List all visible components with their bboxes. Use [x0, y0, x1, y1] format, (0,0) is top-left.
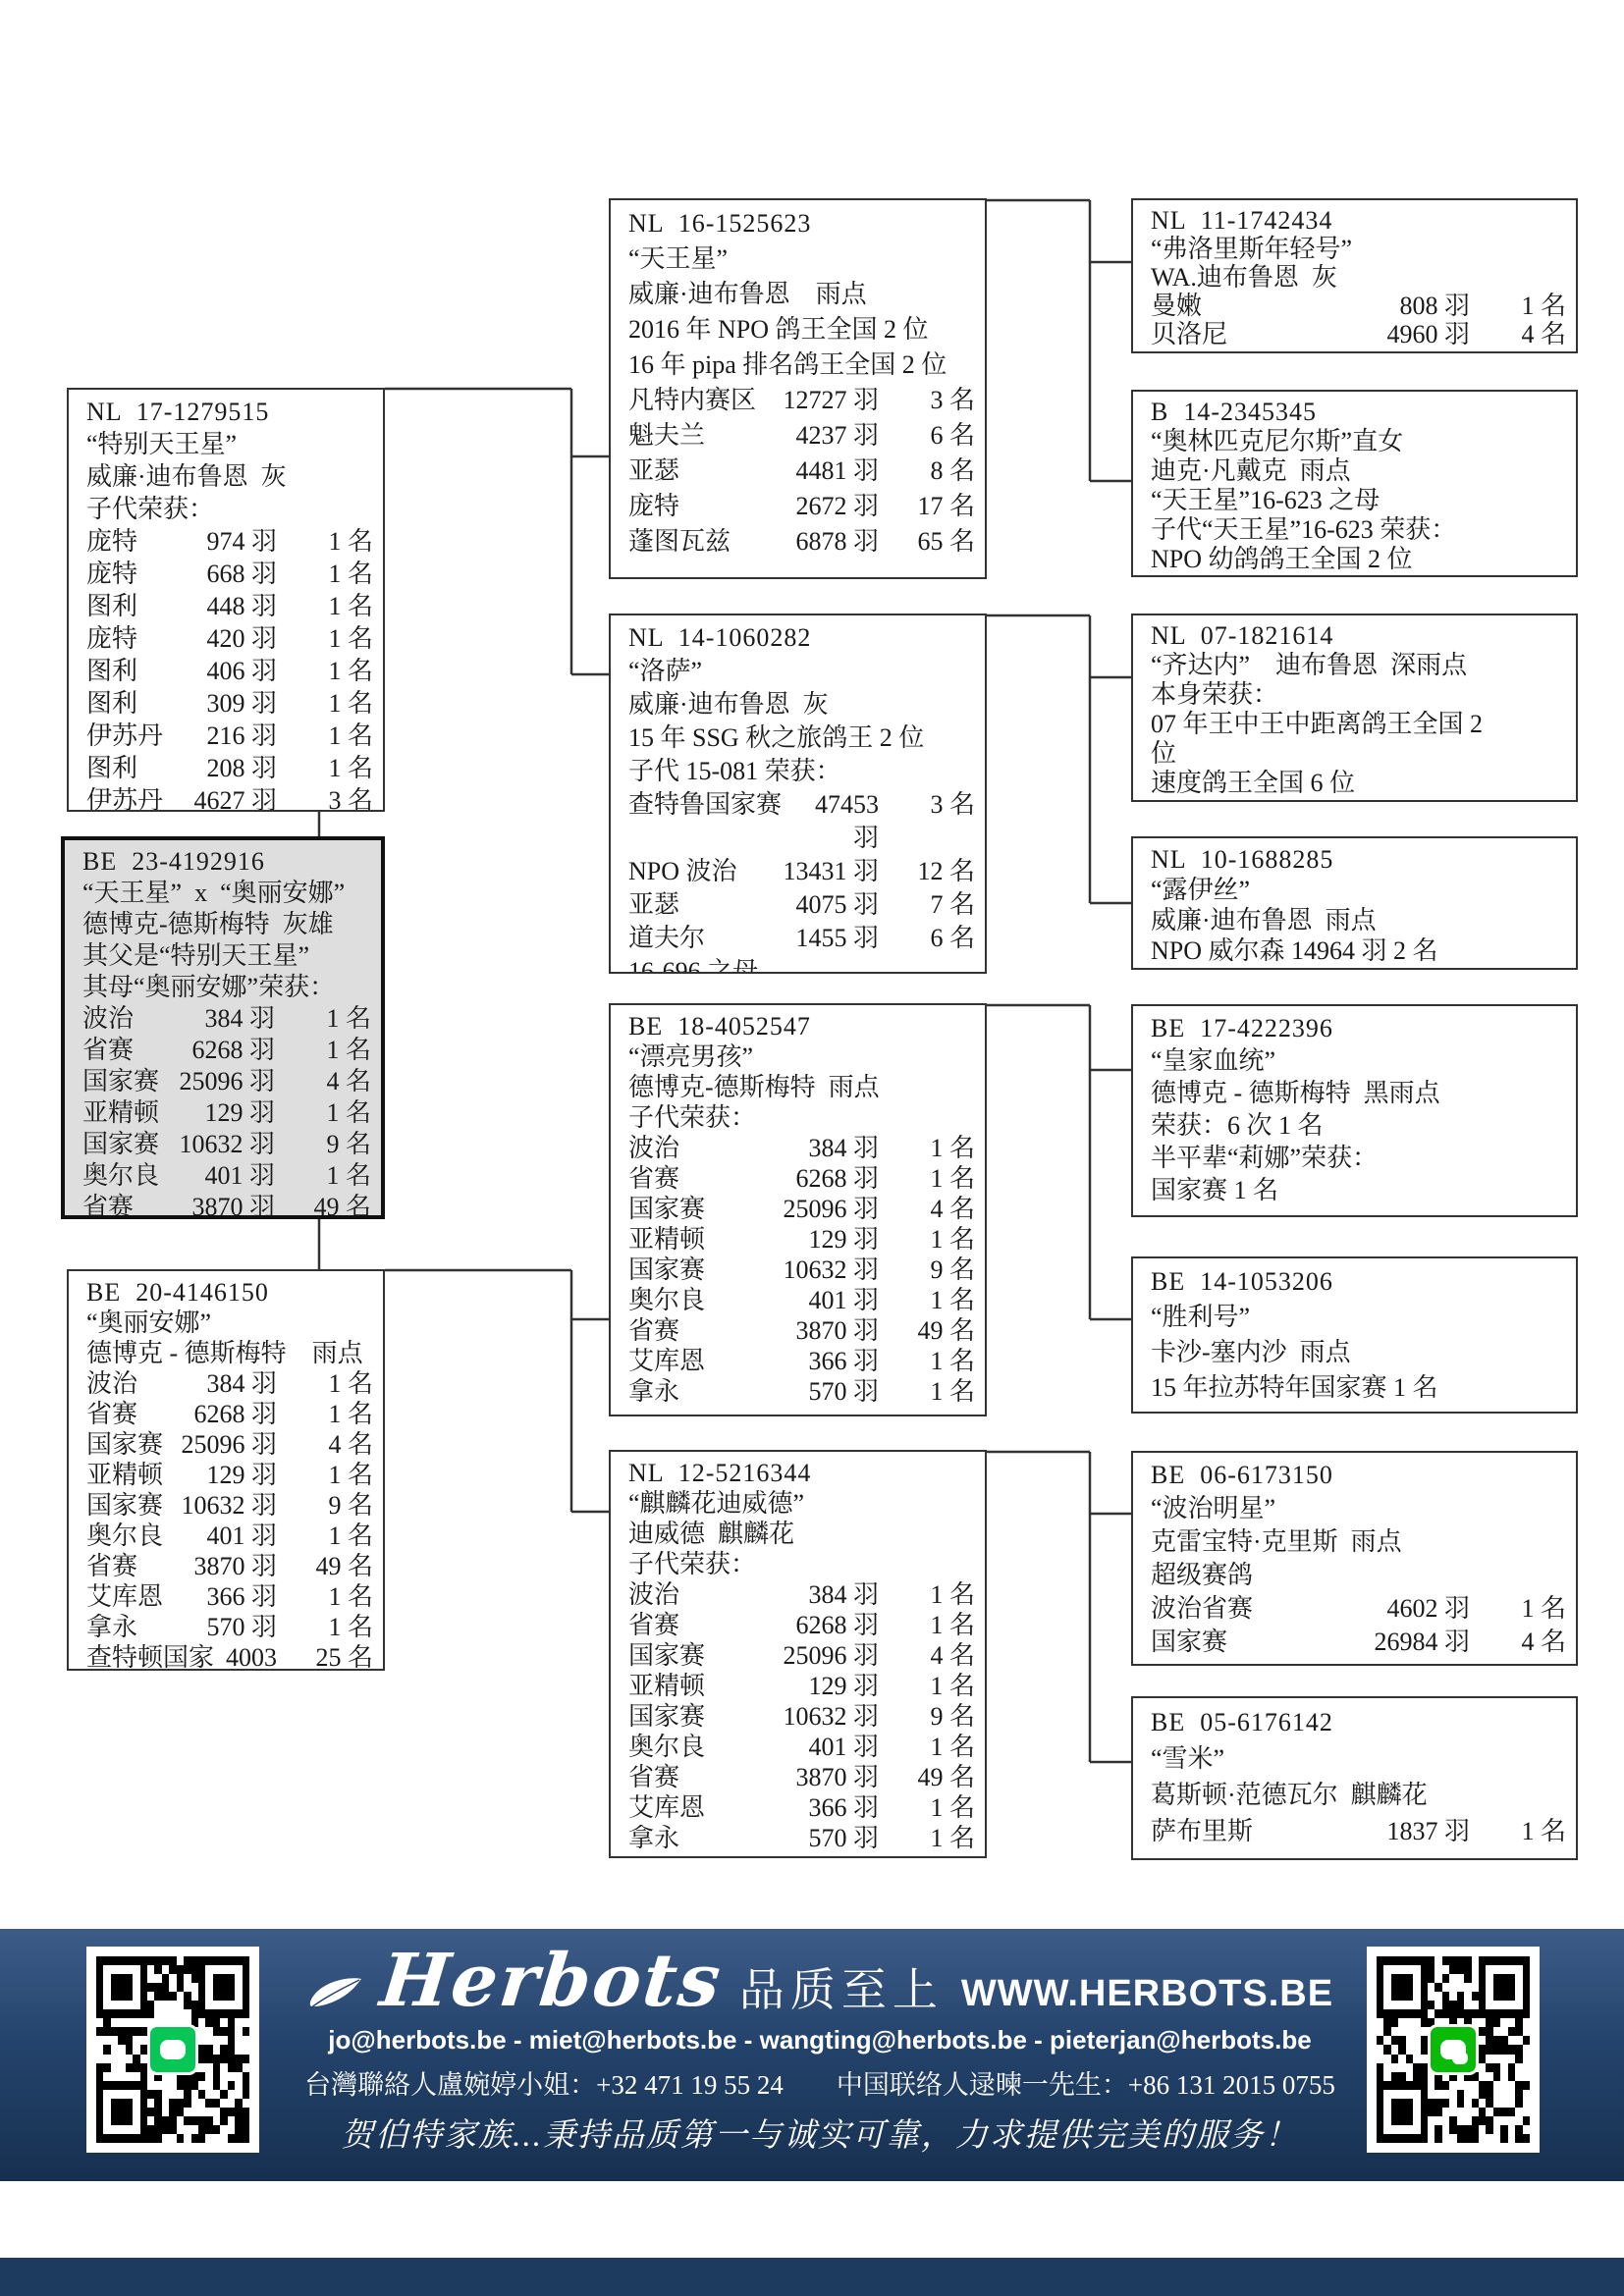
box-text-line: “天王星”: [628, 241, 975, 277]
result-row: NPO 波治13431 羽12 名: [628, 855, 975, 888]
result-row: 庞特420 羽1 名: [86, 622, 373, 655]
ring-number: BE 06-6173150: [1151, 1459, 1566, 1492]
box-text-line: 2016 年 NPO 鸽王全国 2 位: [628, 312, 975, 347]
pedigree-box-grandfather-paternal: NL 16-1525623“天王星”威廉·迪布鲁恩 雨点2016 年 NPO 鸽…: [609, 198, 987, 579]
box-text-line: 德博克-德斯梅特 雨点: [628, 1072, 975, 1102]
bottom-navy-bar: [0, 2258, 1624, 2296]
result-row: 庞特668 羽1 名: [86, 558, 373, 590]
box-text-line: 16 年 pipa 排名鸽王全国 2 位: [628, 347, 975, 383]
box-text-line: “洛萨”: [628, 655, 975, 688]
result-row: 查特鲁国家赛47453 羽3 名: [628, 788, 975, 855]
box-text-line: 子代“天王星”16-623 荣获：: [1151, 515, 1566, 545]
box-text-line: “漂亮男孩”: [628, 1041, 975, 1072]
pedigree-page: NL 17-1279515“特别天王星”威廉·迪布鲁恩 灰子代荣获：庞特974 …: [0, 0, 1624, 2296]
pedigree-box-greatgrandparent-6: BE 14-1053206“胜利号”卡沙-塞内沙 雨点15 年拉苏特年国家赛 1…: [1131, 1256, 1578, 1414]
ring-number: NL 07-1821614: [1151, 621, 1566, 651]
herbots-logo: Herbots: [376, 1939, 726, 2023]
result-row: 亚精顿129 羽1 名: [82, 1097, 371, 1129]
result-row: 国家赛25096 羽4 名: [628, 1194, 975, 1224]
result-row: 波治384 羽1 名: [628, 1133, 975, 1163]
pedigree-box-greatgrandparent-5: BE 17-4222396“皇家血统”德博克 - 德斯梅特 黑雨点荣获：6 次 …: [1131, 1004, 1578, 1217]
result-row: 国家赛26984 羽4 名: [1151, 1626, 1566, 1659]
result-row: 省赛6268 羽1 名: [628, 1610, 975, 1640]
result-row: 曼嫩808 羽1 名: [1151, 292, 1566, 320]
pedigree-box-greatgrandparent-3: NL 07-1821614“齐达内” 迪布鲁恩 深雨点本身荣获：07 年王中王中…: [1131, 614, 1578, 802]
result-row: 艾库恩366 羽1 名: [628, 1792, 975, 1823]
box-text-line: 子代荣获：: [628, 1549, 975, 1579]
result-row: 波治384 羽1 名: [86, 1368, 373, 1399]
box-text-line: “露伊丝”: [1151, 875, 1566, 905]
pedigree-box-subject: BE 23-4192916“天王星” x “奥丽安娜”德博克-德斯梅特 灰雄其父…: [61, 836, 385, 1219]
pedigree-box-greatgrandparent-2: B 14-2345345“奥林匹克尼尔斯”直女迪克·凡戴克 雨点“天王星”16-…: [1131, 390, 1578, 577]
box-text-line: 07 年王中王中距离鸽王全国 2: [1151, 710, 1566, 739]
result-row: 国家赛10632 羽9 名: [86, 1490, 373, 1521]
footer-website: WWW.HERBOTS.BE: [961, 1973, 1333, 2015]
box-text-line: 葛斯顿·范德瓦尔 麒麟花: [1151, 1777, 1566, 1813]
ring-number: BE 17-4222396: [1151, 1012, 1566, 1044]
box-text-line: 荣获：6 次 1 名: [1151, 1109, 1566, 1142]
result-row: 奥尔良401 羽1 名: [628, 1732, 975, 1762]
result-row: 省赛6268 羽1 名: [82, 1035, 371, 1066]
footer-banner: Herbots 品质至上 WWW.HERBOTS.BE jo@herbots.b…: [0, 1929, 1624, 2181]
result-row: 查特顿国家赛4003 羽25 名: [86, 1642, 373, 1671]
ring-number: BE 05-6176142: [1151, 1704, 1566, 1740]
box-text-line: “雪米”: [1151, 1740, 1566, 1777]
result-row: 魁夫兰4237 羽6 名: [628, 418, 975, 454]
ring-number: BE 18-4052547: [628, 1011, 975, 1041]
result-row: 省赛3870 羽49 名: [628, 1315, 975, 1346]
box-text-line: 半平辈“莉娜”荣获：: [1151, 1142, 1566, 1174]
footer-tagline: 品质至上: [739, 1954, 944, 2019]
result-row: 庞特974 羽1 名: [86, 525, 373, 558]
result-row: 省赛6268 羽1 名: [628, 1163, 975, 1194]
box-text-line: “奥丽安娜”: [86, 1308, 373, 1338]
box-text-line: “天王星”16-623 之母: [1151, 486, 1566, 515]
box-text-line: “胜利号”: [1151, 1300, 1566, 1335]
pedigree-box-greatgrandparent-1: NL 11-1742434“弗洛里斯年轻号”WA.迪布鲁恩 灰曼嫩808 羽1 …: [1131, 198, 1578, 353]
ring-number: NL 10-1688285: [1151, 844, 1566, 875]
box-text-line: 速度鸽王全国 6 位: [1151, 769, 1566, 798]
result-row: 亚精顿129 羽1 名: [628, 1224, 975, 1255]
footer-slogan: 贺伯特家族...秉持品质第一与诚实可靠，力求提供完美的服务！: [285, 2109, 1355, 2156]
box-text-line: “波治明星”: [1151, 1492, 1566, 1525]
result-row: 国家赛25096 羽4 名: [82, 1066, 371, 1097]
result-row: 省赛3870 羽49 名: [82, 1192, 371, 1219]
result-row: 奥尔良401 羽1 名: [628, 1285, 975, 1315]
box-text-line: “特别天王星”: [86, 428, 373, 460]
pedigree-box-mother: BE 20-4146150“奥丽安娜”德博克 - 德斯梅特 雨点波治384 羽1…: [67, 1269, 385, 1671]
box-text-line: 克雷宝特·克里斯 雨点: [1151, 1525, 1566, 1559]
pedigree-box-greatgrandparent-8: BE 05-6176142“雪米”葛斯顿·范德瓦尔 麒麟花萨布里斯1837 羽1…: [1131, 1696, 1578, 1860]
box-text-line: NPO 威尔森 14964 羽 2 名: [1151, 935, 1566, 966]
result-row: 亚瑟4481 羽8 名: [628, 454, 975, 489]
ring-number: NL 16-1525623: [628, 206, 975, 241]
result-row: 国家赛10632 羽9 名: [628, 1255, 975, 1285]
pedigree-box-father: NL 17-1279515“特别天王星”威廉·迪布鲁恩 灰子代荣获：庞特974 …: [67, 388, 385, 812]
pedigree-box-grandfather-maternal: BE 18-4052547“漂亮男孩”德博克-德斯梅特 雨点子代荣获：波治384…: [609, 1003, 987, 1416]
result-row: 国家赛25096 羽4 名: [628, 1640, 975, 1671]
box-text-line: 16-696 之母: [628, 955, 975, 974]
box-text-line: 卡沙-塞内沙 雨点: [1151, 1335, 1566, 1370]
box-text-line: 国家赛 1 名: [1151, 1174, 1566, 1206]
box-text-line: 本身荣获：: [1151, 680, 1566, 710]
result-row: 国家赛10632 羽9 名: [628, 1701, 975, 1732]
ring-number: BE 20-4146150: [86, 1277, 373, 1308]
result-row: 波治省赛4602 羽1 名: [1151, 1592, 1566, 1626]
result-row: 省赛3870 羽49 名: [86, 1551, 373, 1581]
box-text-line: 子代 15-081 荣获：: [628, 755, 975, 788]
box-text-line: 位: [1151, 739, 1566, 769]
result-row: 萨布里斯1837 羽1 名: [1151, 1813, 1566, 1849]
line-icon: [147, 2024, 198, 2075]
result-row: 图利208 羽1 名: [86, 752, 373, 784]
ring-number: BE 23-4192916: [82, 846, 371, 878]
result-row: 蓬图瓦兹6878 羽65 名: [628, 524, 975, 560]
pedigree-box-greatgrandparent-4: NL 10-1688285“露伊丝”威廉·迪布鲁恩 雨点NPO 威尔森 1496…: [1131, 836, 1578, 970]
result-row: 省赛6268 羽1 名: [86, 1399, 373, 1429]
result-row: 图利309 羽1 名: [86, 687, 373, 720]
pedigree-box-grandmother-maternal: NL 12-5216344“麒麟花迪威德”迪威德 麒麟花子代荣获：波治384 羽…: [609, 1450, 987, 1858]
box-text-line: “弗洛里斯年轻号”: [1151, 235, 1566, 263]
box-text-line: 威廉·迪布鲁恩 灰: [86, 460, 373, 493]
footer-emails: jo@herbots.be - miet@herbots.be - wangti…: [285, 2025, 1355, 2056]
result-row: 道夫尔1455 羽6 名: [628, 922, 975, 955]
box-text-line: 超级赛鸽: [1151, 1559, 1566, 1592]
result-row: 贝洛尼4960 羽4 名: [1151, 320, 1566, 348]
result-row: 艾库恩366 羽1 名: [86, 1581, 373, 1612]
result-row: 凡特内赛区12727 羽3 名: [628, 383, 975, 418]
wechat-icon: [1428, 2024, 1479, 2075]
box-text-line: 15 年拉苏特年国家赛 1 名: [1151, 1370, 1566, 1406]
box-text-line: WA.迪布鲁恩 灰: [1151, 263, 1566, 292]
result-row: 亚精顿129 羽1 名: [628, 1671, 975, 1701]
result-row: 拿永570 羽1 名: [628, 1376, 975, 1407]
box-text-line: 其母“奥丽安娜”荣获：: [82, 972, 371, 1003]
result-row: 奥尔良401 羽1 名: [86, 1521, 373, 1551]
qr-code-wechat: [1367, 1947, 1540, 2153]
ring-number: NL 14-1060282: [628, 621, 975, 655]
result-row: 庞特2672 羽17 名: [628, 489, 975, 524]
box-text-line: 德博克-德斯梅特 灰雄: [82, 909, 371, 940]
result-row: 波治384 羽1 名: [628, 1579, 975, 1610]
box-text-line: 威廉·迪布鲁恩 灰: [628, 688, 975, 721]
qr-code-line: [86, 1947, 259, 2153]
pedigree-box-grandmother-paternal: NL 14-1060282“洛萨”威廉·迪布鲁恩 灰15 年 SSG 秋之旅鸽王…: [609, 614, 987, 974]
box-text-line: “齐达内” 迪布鲁恩 深雨点: [1151, 651, 1566, 680]
box-text-line: 迪威德 麒麟花: [628, 1519, 975, 1549]
box-text-line: 子代荣获：: [628, 1102, 975, 1133]
box-text-line: 其父是“特别天王星”: [82, 940, 371, 972]
box-text-line: “麒麟花迪威德”: [628, 1488, 975, 1519]
feather-icon: [306, 1976, 363, 2009]
result-row: 伊苏丹216 羽1 名: [86, 720, 373, 752]
pedigree-box-greatgrandparent-7: BE 06-6173150“波治明星”克雷宝特·克里斯 雨点超级赛鸽波治省赛46…: [1131, 1451, 1578, 1666]
ring-number: BE 14-1053206: [1151, 1264, 1566, 1300]
box-text-line: NPO 幼鸽鸽王全国 2 位: [1151, 545, 1566, 574]
ring-number: NL 17-1279515: [86, 396, 373, 428]
result-row: 省赛3870 羽49 名: [628, 1762, 975, 1792]
result-row: 伊苏丹4627 羽3 名: [86, 784, 373, 812]
box-text-line: “奥林匹克尼尔斯”直女: [1151, 427, 1566, 456]
result-row: 亚瑟4075 羽7 名: [628, 888, 975, 922]
result-row: 拿永570 羽1 名: [86, 1612, 373, 1642]
box-text-line: 威廉·迪布鲁恩 雨点: [1151, 905, 1566, 935]
ring-number: NL 11-1742434: [1151, 206, 1566, 235]
result-row: 亚精顿129 羽1 名: [86, 1460, 373, 1490]
result-row: 国家赛10632 羽9 名: [82, 1129, 371, 1160]
box-text-line: 德博克 - 德斯梅特 雨点: [86, 1338, 373, 1368]
footer-contacts: 台灣聯絡人盧婉婷小姐：+32 471 19 55 24 中国联络人逯暕一先生：+…: [285, 2063, 1355, 2102]
result-row: 图利406 羽1 名: [86, 655, 373, 687]
result-row: 波治384 羽1 名: [82, 1003, 371, 1035]
result-row: 艾库恩366 羽1 名: [628, 1346, 975, 1376]
ring-number: NL 12-5216344: [628, 1458, 975, 1488]
result-row: 拿永570 羽1 名: [628, 1823, 975, 1853]
box-text-line: 迪克·凡戴克 雨点: [1151, 456, 1566, 486]
result-row: 国家赛25096 羽4 名: [86, 1429, 373, 1460]
result-row: 奥尔良401 羽1 名: [82, 1160, 371, 1192]
box-text-line: 威廉·迪布鲁恩 雨点: [628, 277, 975, 312]
box-text-line: 子代荣获：: [86, 493, 373, 525]
result-row: 图利448 羽1 名: [86, 590, 373, 622]
box-text-line: 15 年 SSG 秋之旅鸽王 2 位: [628, 721, 975, 755]
ring-number: B 14-2345345: [1151, 398, 1566, 427]
box-text-line: “天王星” x “奥丽安娜”: [82, 878, 371, 909]
box-text-line: 德博克 - 德斯梅特 黑雨点: [1151, 1077, 1566, 1109]
box-text-line: “皇家血统”: [1151, 1044, 1566, 1077]
